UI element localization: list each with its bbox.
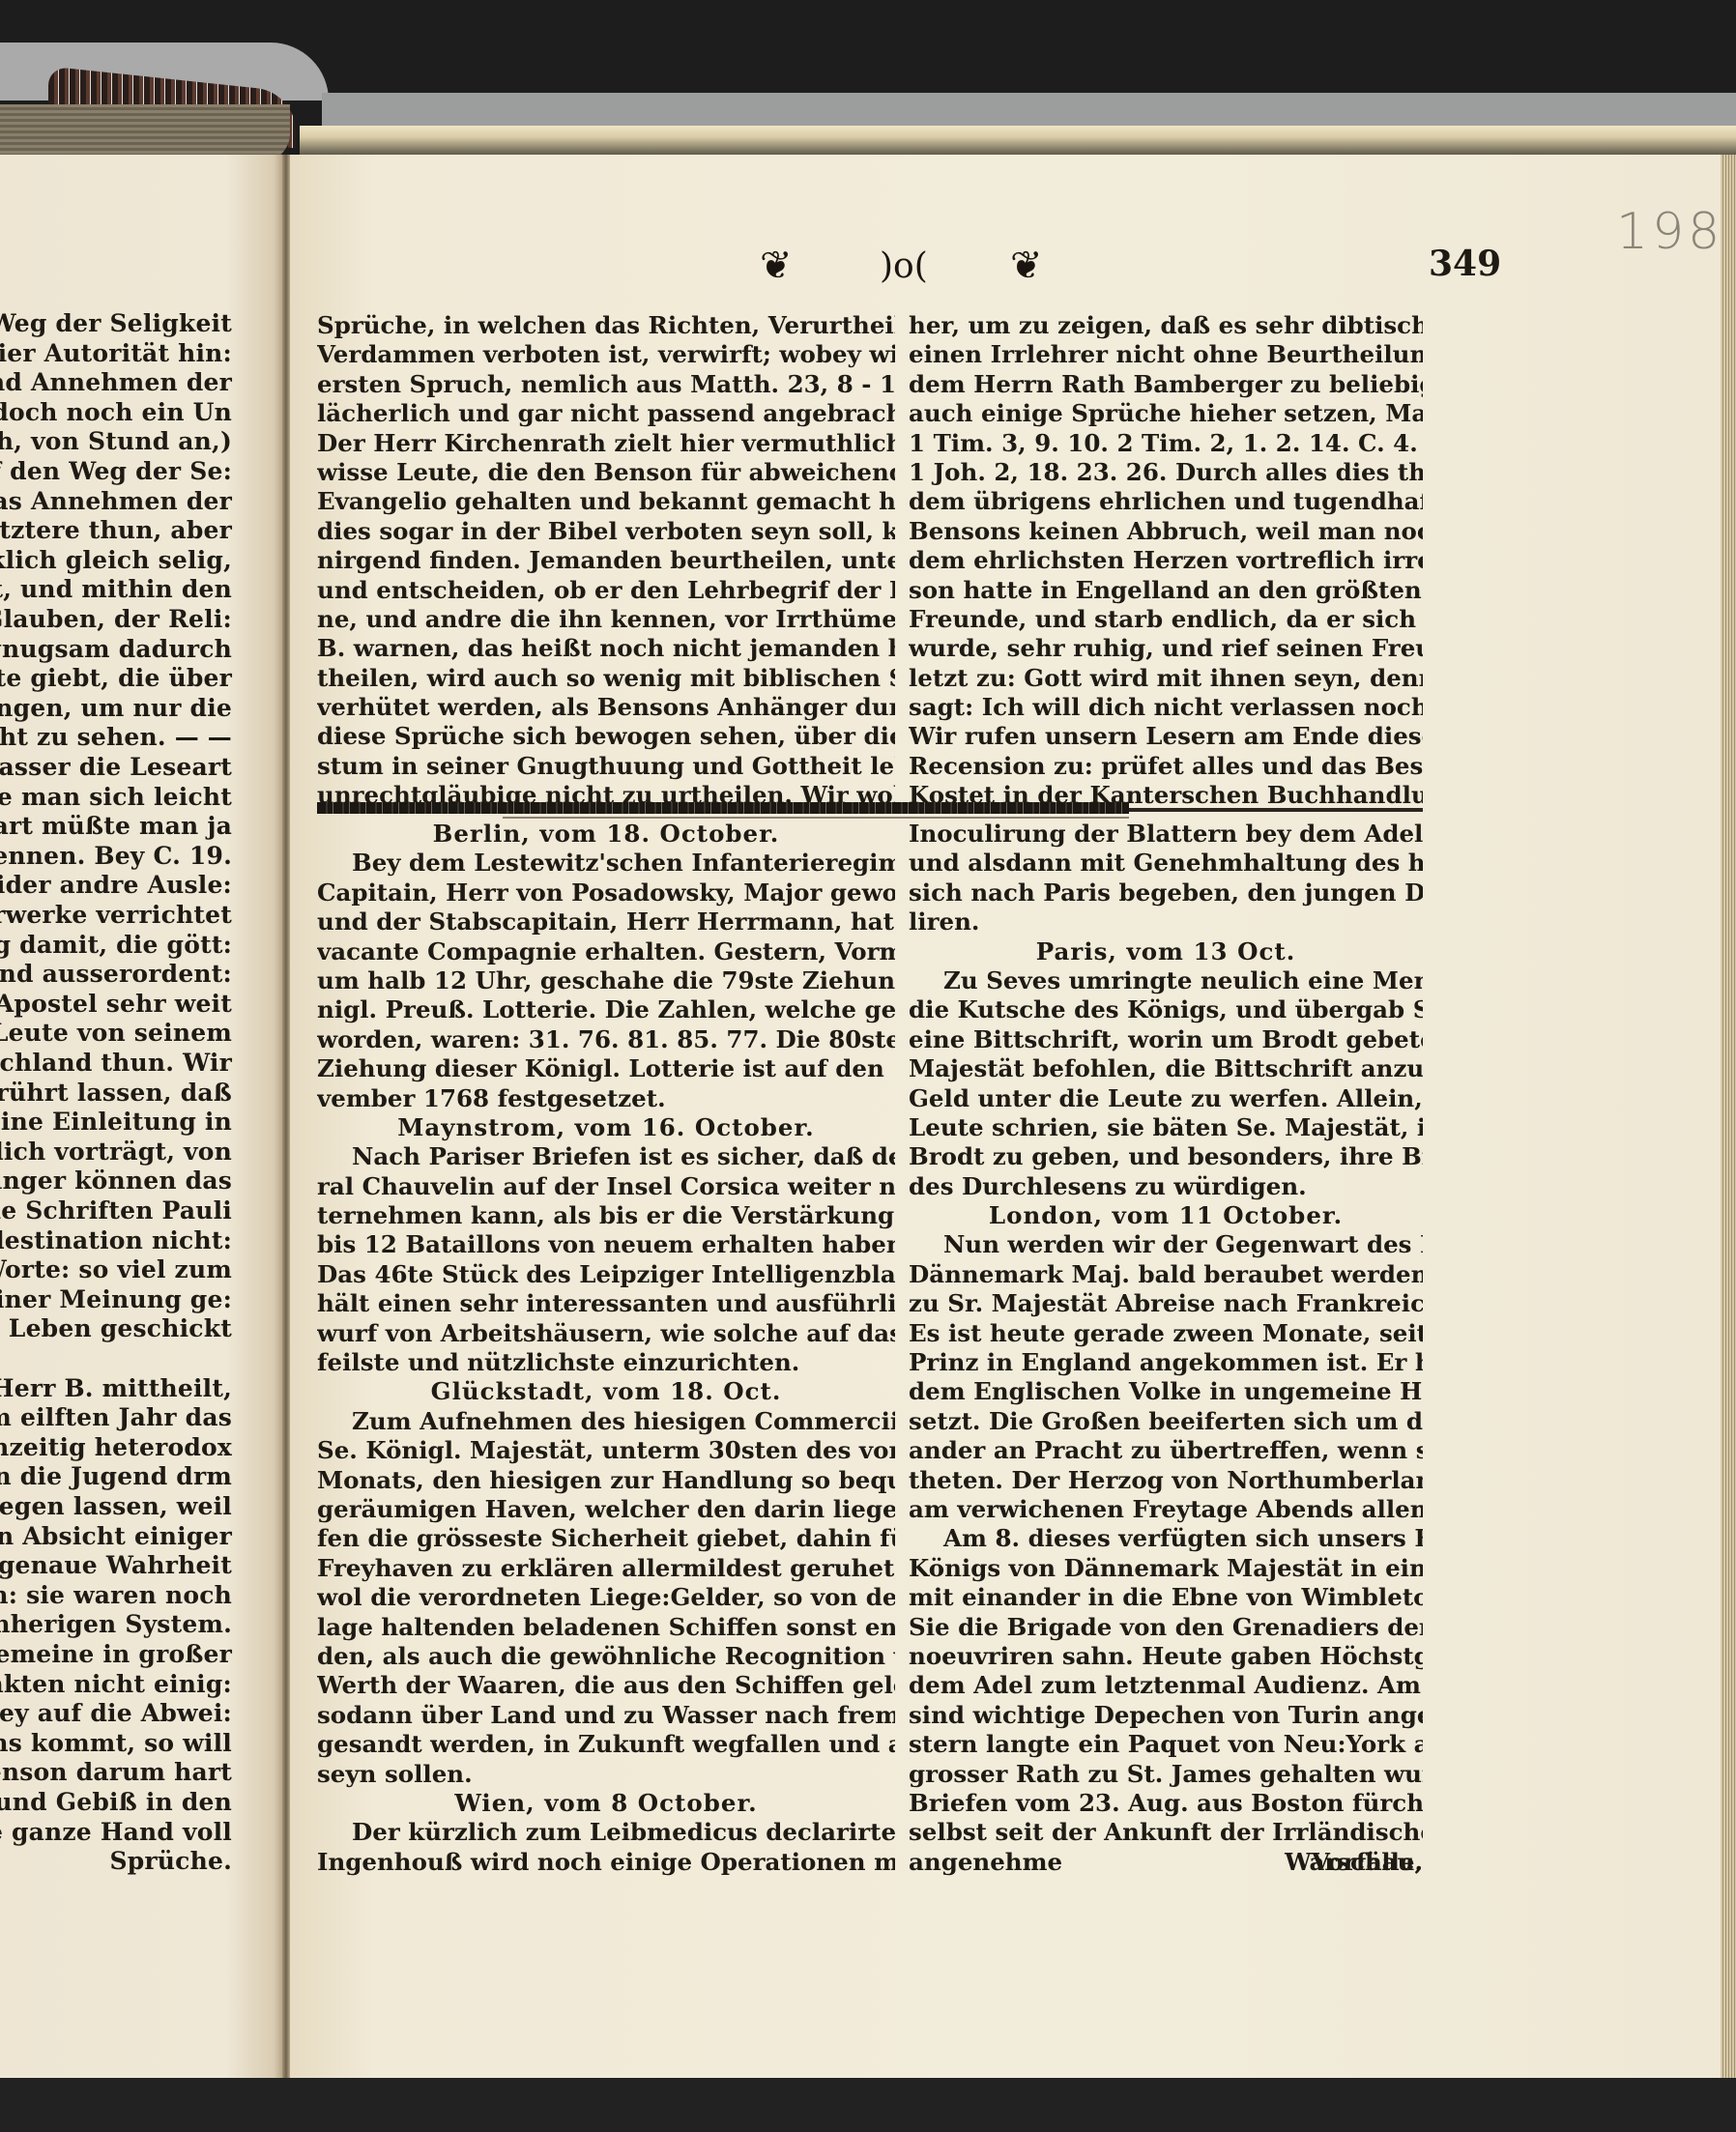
- book-gutter: [282, 155, 290, 2078]
- left-page-line: auflegen lassen, weil: [0, 1492, 232, 1521]
- scan-backdrop-bottom: [0, 2078, 1736, 2132]
- text-line: Prinz in England angekommen ist. Er hat …: [909, 1348, 1423, 1377]
- left-page-line: t unberührt lassen, daß: [0, 1079, 232, 1108]
- text-line: und entscheiden, ob er den Lehrbegrif de…: [317, 576, 895, 605]
- left-page-line: r frühzeitig heterodox: [0, 1433, 232, 1462]
- left-page-line: stum gnugsam dadurch: [0, 635, 232, 664]
- left-page-line: Das Annehmen der: [0, 487, 232, 516]
- text-line: dem Adel zum letztenmal Audienz. Am 7. d…: [909, 1671, 1423, 1700]
- left-page-line: tschland thun. Wir: [0, 1049, 232, 1078]
- text-line: noeuvriren sahn. Heute gaben Höchstgedac…: [909, 1642, 1423, 1671]
- left-page-line: Leseart müßte man ja: [0, 812, 232, 841]
- text-line: Freunde, und starb endlich, da er sich s…: [909, 605, 1423, 634]
- text-line: Der Herr Kirchenrath zielt hier vermuthl…: [317, 429, 895, 458]
- text-line: Briefen vom 23. Aug. aus Boston fürchtet…: [909, 1789, 1423, 1818]
- text-line: vember 1768 festgesetzet.: [317, 1084, 895, 1113]
- left-page-line: gleich, von Stund an,): [0, 427, 232, 456]
- text-line: Freyhaven zu erklären allermildest geruh…: [317, 1554, 895, 1583]
- text-line: nigl. Preuß. Lotterie. Die Zahlen, welch…: [317, 995, 895, 1024]
- text-line: die Kutsche des Königs, und übergab Sr. …: [909, 995, 1423, 1024]
- text-line: Bey dem Lestewitz'schen Infanterieregime…: [317, 849, 895, 878]
- text-line: wurde, sehr ruhig, und rief seinen Freun…: [909, 634, 1423, 663]
- section-rule-underline: [503, 817, 1129, 819]
- left-page-line: n die Schriften Pauli: [0, 1196, 232, 1225]
- text-line: Es ist heute gerade zween Monate, seitde…: [909, 1319, 1423, 1348]
- text-line: Majestät befohlen, die Bittschrift anzun…: [909, 1054, 1423, 1083]
- left-page-fragment: en Weg der Seligkeitfreier Autorität hin…: [0, 155, 282, 2078]
- review-column-left: Sprüche, in welchen das Richten, Verurth…: [317, 311, 895, 811]
- news-dateline: Paris, vom 13 Oct.: [909, 937, 1423, 966]
- text-line: B. warnen, das heißt noch nicht jemanden…: [317, 634, 895, 663]
- text-line: selbst seit der Ankunft der Irrländische…: [909, 1818, 1423, 1847]
- text-line: sodann über Land und zu Wasser nach frem…: [317, 1701, 895, 1730]
- left-page-line: ewigen Leben geschickt: [0, 1314, 232, 1343]
- bracket-ornament: )o(: [880, 247, 928, 286]
- text-line: setzt. Die Großen beeiferten sich um die…: [909, 1407, 1423, 1436]
- left-page-line: Anfänger können das: [0, 1167, 232, 1196]
- archive-pencil-number: 198: [1616, 203, 1723, 261]
- text-line: und der Stabscapitain, Herr Herrmann, ha…: [317, 908, 895, 936]
- text-line: vacante Compagnie erhalten. Gestern, Vor…: [317, 937, 895, 966]
- text-line: Werth der Waaren, die aus den Schiffen g…: [317, 1671, 895, 1700]
- left-page-line: nachherigen System.: [0, 1610, 232, 1639]
- text-line: liren.: [909, 908, 1423, 936]
- left-page-line: kennen. Bey C. 19.: [0, 842, 232, 871]
- text-line: Das 46te Stück des Leipziger Intelligenz…: [317, 1260, 895, 1289]
- left-page-line: auf den Weg der Se:: [0, 457, 232, 486]
- page-number: 349: [1429, 244, 1501, 284]
- text-line: Inoculirung der Blattern bey dem Adel vo…: [909, 820, 1423, 849]
- text-line: sagt: Ich will dich nicht verlassen noch…: [909, 693, 1423, 722]
- text-line: stern langte ein Paquet von Neu:York an,…: [909, 1730, 1423, 1759]
- text-line: dem Herrn Rath Bamberger zu beliebigen G…: [909, 370, 1423, 399]
- left-page-line: ie Prädestination nicht:: [0, 1226, 232, 1255]
- text-line: zu Sr. Majestät Abreise nach Frankreich …: [909, 1289, 1423, 1318]
- text-line: wisse Leute, die den Benson für abweiche…: [317, 458, 895, 487]
- text-line: Am 8. dieses verfügten sich unsers König…: [909, 1524, 1423, 1553]
- text-line: feilste und nützlichste einzurichten.: [317, 1348, 895, 1377]
- left-page-line: Zunderwerke verrichtet: [0, 901, 232, 930]
- shell-ornament-icon: ❦: [1010, 246, 1043, 285]
- text-line: Brodt zu geben, und besonders, ihre Bitt…: [909, 1142, 1423, 1171]
- text-line: theilen, wird auch so wenig mit biblisch…: [317, 664, 895, 693]
- news-dateline: London, vom 11 October.: [909, 1201, 1423, 1230]
- text-line: ander an Pracht zu übertreffen, wenn sie…: [909, 1436, 1423, 1465]
- text-line: son hatte in Engelland an den größten Ge…: [909, 576, 1423, 605]
- page-block-edges: [0, 104, 290, 162]
- news-dateline: Berlin, vom 18. October.: [317, 820, 895, 849]
- text-line: ne, und andre die ihn kennen, vor Irrthü…: [317, 605, 895, 634]
- left-page-line: t wirklich gleich selig,: [0, 546, 232, 575]
- page-fore-edge: [1721, 155, 1736, 2078]
- text-line: ral Chauvelin auf der Insel Corsica weit…: [317, 1172, 895, 1201]
- review-column-right: her, um zu zeigen, daß es sehr dibtisch …: [909, 311, 1423, 811]
- text-line: Dännemark Maj. bald beraubet werden. Der…: [909, 1260, 1423, 1289]
- text-line: dem Englischen Volke in ungemeine Hochac…: [909, 1377, 1423, 1406]
- text-line: gesandt werden, in Zukunft wegfallen und…: [317, 1730, 895, 1759]
- text-line: ternehmen kann, als bis er die Verstärku…: [317, 1201, 895, 1230]
- text-line: Capitain, Herr von Posadowsky, Major gew…: [317, 879, 895, 908]
- text-line: verhütet werden, als Bensons Anhänger du…: [317, 693, 895, 722]
- text-line: Geld unter die Leute zu werfen. Allein, …: [909, 1084, 1423, 1113]
- text-line: seyn sollen.: [317, 1760, 895, 1789]
- text-line: dem ehrlichsten Herzen vortreflich irren…: [909, 546, 1423, 575]
- left-page-line: ht zu sehen. — —: [0, 723, 232, 752]
- text-line: mit einander in die Ebne von Wimbleton, …: [909, 1583, 1423, 1612]
- text-line: diese Sprüche sich bewogen sehen, über d…: [317, 722, 895, 751]
- left-page-line: gar Leute von seinem: [0, 1019, 232, 1048]
- left-page-line: hiebey auf die Abwei:: [0, 1699, 232, 1728]
- text-line: Evangelio gehalten und bekannt gemacht h…: [317, 487, 895, 516]
- left-page-line: en Weg der Seligkeit: [0, 309, 232, 338]
- news-column-left: Berlin, vom 18. October.Bey dem Lestewit…: [317, 820, 895, 1877]
- left-page-line: rin in Absicht einiger: [0, 1522, 232, 1551]
- text-line: am verwichenen Freytage Abends allen zuv…: [909, 1495, 1423, 1524]
- left-page-line: igebig damit, die gött:: [0, 931, 232, 960]
- left-page-line: ie Worte: so viel zum: [0, 1255, 232, 1284]
- text-line: wurf von Arbeitshäusern, wie solche auf …: [317, 1319, 895, 1348]
- text-line: des Durchlesens zu würdigen.: [909, 1172, 1423, 1201]
- text-line: sind wichtige Depechen von Turin angekom…: [909, 1701, 1423, 1730]
- left-page-line: thiich: sie waren noch: [0, 1581, 232, 1610]
- text-line: sich nach Paris begeben, den jungen Daup…: [909, 879, 1423, 908]
- text-line: theten. Der Herzog von Northumberland ab…: [909, 1466, 1423, 1495]
- text-line: dem übrigens ehrlichen und tugendhaften …: [909, 487, 1423, 516]
- text-line: fen die grösseste Sicherheit giebet, dah…: [317, 1524, 895, 1553]
- text-line: Zu Seves umringte neulich eine Menge Lan…: [909, 966, 1423, 995]
- text-line: Sie die Brigade von den Grenadiers der G…: [909, 1613, 1423, 1642]
- left-page-line: im eilften Jahr das: [0, 1403, 232, 1432]
- left-page-line: agt, und mithin den: [0, 575, 232, 604]
- text-line: Ziehung dieser Königl. Lotterie ist auf …: [317, 1054, 895, 1083]
- text-line: Ingenhouß wird noch einige Operationen m…: [317, 1848, 895, 1877]
- left-page-line: num und Gebiß in den: [0, 1788, 232, 1817]
- left-page-line: iner Gemeine in großer: [0, 1640, 232, 1669]
- left-page-line: die genaue Wahrheit: [0, 1551, 232, 1580]
- left-page-line: ich wider andre Ausle:: [0, 871, 232, 900]
- left-page-line: aben und ausserordent:: [0, 960, 232, 989]
- text-line: Wir rufen unsern Lesern am Ende dieser w…: [909, 722, 1423, 751]
- left-page-line: ändlich vorträgt, von: [0, 1138, 232, 1167]
- left-page-line: Benson darum hart: [0, 1758, 232, 1787]
- text-line: Königs von Dännemark Majestät in einer P…: [909, 1554, 1423, 1583]
- left-page-line: Sprüche.: [110, 1847, 233, 1876]
- text-line: her, um zu zeigen, daß es sehr dibtisch …: [909, 311, 1423, 340]
- news-dateline: Maynstrom, vom 16. October.: [317, 1113, 895, 1142]
- left-page-line: Verfasser die Leseart: [0, 753, 232, 782]
- text-line: Monats, den hiesigen zur Handlung so beq…: [317, 1466, 895, 1495]
- text-line: hält einen sehr interessanten und ausfüh…: [317, 1289, 895, 1318]
- text-line: letzt zu: Gott wird mit ihnen seyn, denn…: [909, 664, 1423, 693]
- text-line: Bensons keinen Abbruch, weil man noch im…: [909, 517, 1423, 546]
- news-dateline: Glückstadt, vom 18. Oct.: [317, 1377, 895, 1406]
- left-page-line: ist doch noch ein Un: [0, 398, 232, 427]
- left-page-line: das letztere thun, aber: [0, 516, 232, 545]
- left-page-line: konnte man sich leicht: [0, 783, 232, 812]
- text-line: Leute schrien, sie bäten Se. Majestät, i…: [909, 1113, 1423, 1142]
- left-page-line: pringen, um nur die: [0, 694, 232, 723]
- text-line: nirgend finden. Jemanden beurtheilen, un…: [317, 546, 895, 575]
- news-dateline: Wien, vom 8 October.: [317, 1789, 895, 1818]
- text-line: grosser Rath zu St. James gehalten wurde…: [909, 1760, 1423, 1789]
- text-line: Zum Aufnehmen des hiesigen Commercii, ha…: [317, 1407, 895, 1436]
- left-page-line: Leute giebt, die über: [0, 664, 232, 693]
- left-page-line: es Herr B. mittheilt,: [0, 1374, 232, 1403]
- text-line: Nach Pariser Briefen ist es sicher, daß …: [317, 1142, 895, 1171]
- text-line: lächerlich und gar nicht passend angebra…: [317, 399, 895, 428]
- text-line: Se. Königl. Majestät, unterm 30sten des …: [317, 1436, 895, 1465]
- left-page-line: n Glauben, der Reli:: [0, 605, 232, 634]
- text-line: lage haltenden beladenen Schiffen sonst …: [317, 1613, 895, 1642]
- shell-ornament-icon: ❦: [760, 246, 793, 285]
- page-top-edge: [300, 126, 1736, 155]
- text-line: wol die verordneten Liege:Gelder, so von…: [317, 1583, 895, 1612]
- text-line: Nun werden wir der Gegenwart des Königes…: [909, 1230, 1423, 1259]
- left-page-line: ensons kommt, so will: [0, 1729, 232, 1758]
- text-line: und alsdann mit Genehmhaltung des höchst…: [909, 849, 1423, 878]
- text-line: dies sogar in der Bibel verboten seyn so…: [317, 517, 895, 546]
- text-line: eine Bittschrift, worin um Brodt gebeten…: [909, 1025, 1423, 1054]
- left-page-line: und Annehmen der: [0, 368, 232, 397]
- text-line: worden, waren: 31. 76. 81. 85. 77. Die 8…: [317, 1025, 895, 1054]
- news-column-right: Inoculirung der Blattern bey dem Adel vo…: [909, 820, 1423, 1877]
- text-line: bis 12 Bataillons von neuem erhalten hab…: [317, 1230, 895, 1259]
- text-line: 1 Tim. 3, 9. 10. 2 Tim. 2, 1. 2. 14. C. …: [909, 429, 1423, 458]
- left-page-line: hrpunkten nicht einig:: [0, 1670, 232, 1699]
- text-line: stum in seiner Gnugthuung und Gottheit l…: [317, 752, 895, 781]
- left-page-line: der Apostel sehr weit: [0, 990, 232, 1019]
- text-line: Recension zu: prüfet alles und das Beste…: [909, 752, 1423, 781]
- text-line: Verdammen verboten ist, verwirft; wobey …: [317, 340, 895, 369]
- section-rule: [317, 802, 1129, 814]
- text-line: Sprüche, in welchen das Richten, Verurth…: [317, 311, 895, 340]
- text-line: ersten Spruch, nemlich aus Matth. 23, 8 …: [317, 370, 895, 399]
- left-page-line: freier Autorität hin:: [0, 339, 232, 368]
- text-line: geräumigen Haven, welcher den darin lieg…: [317, 1495, 895, 1524]
- text-line: auch einige Sprüche hieher setzen, Matth…: [909, 399, 1423, 428]
- text-line: um halb 12 Uhr, geschahe die 79ste Ziehu…: [317, 966, 895, 995]
- left-page-line: den an die Jugend drm: [0, 1462, 232, 1491]
- text-line: den, als auch die gewöhnliche Recognitio…: [317, 1642, 895, 1671]
- left-page-line: , seiner Meinung ge:: [0, 1285, 232, 1314]
- text-line: 1 Joh. 2, 18. 23. 26. Durch alles dies t…: [909, 458, 1423, 487]
- section-rule-thin: [1129, 808, 1423, 812]
- text-line: Der kürzlich zum Leibmedicus declarirte …: [317, 1818, 895, 1847]
- text-line: einen Irrlehrer nicht ohne Beurtheilung …: [909, 340, 1423, 369]
- left-page-line: als eine Einleitung in: [0, 1108, 232, 1137]
- left-page-line: eine ganze Hand voll: [0, 1818, 232, 1847]
